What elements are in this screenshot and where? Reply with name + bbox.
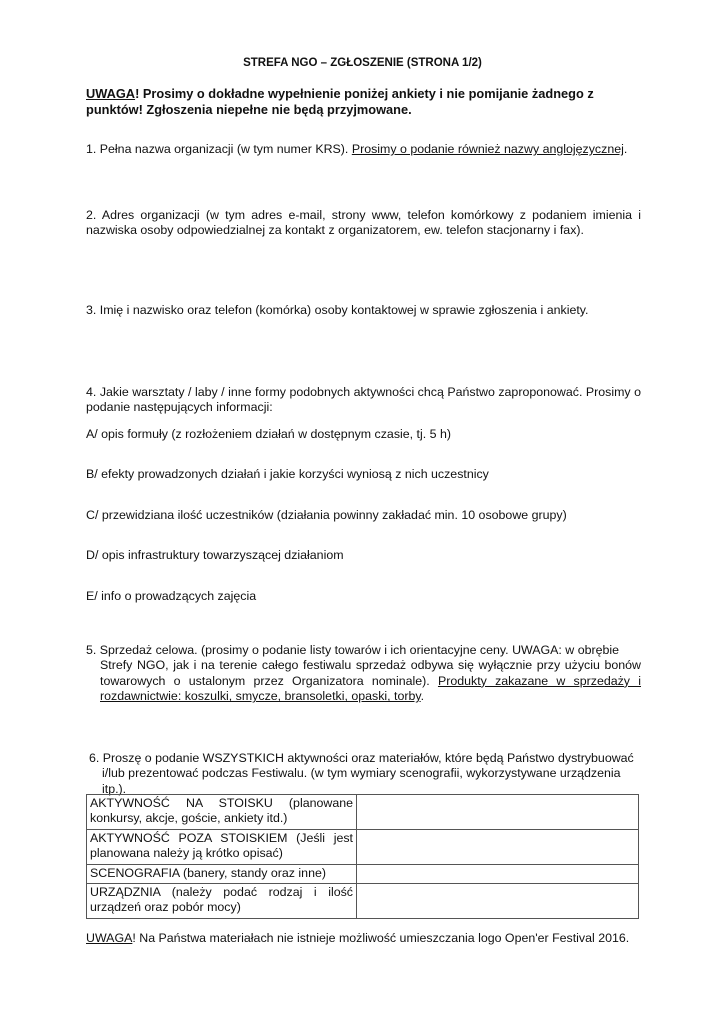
question-4-item-d: D/ opis infrastruktury towarzyszącej dzi… (86, 548, 641, 563)
question-1-end: . (624, 142, 627, 156)
question-6: 6. Proszę o podanie WSZYSTKICH aktywnośc… (89, 751, 641, 797)
activity-table: AKTYWNOŚĆ NA STOISKU (planowane konkursy… (86, 794, 639, 919)
table-row: AKTYWNOŚĆ POZA STOISKIEM (Jeśli jest pla… (87, 829, 639, 864)
question-1-text: 1. Pełna nazwa organizacji (w tym numer … (86, 142, 352, 156)
row-value-field[interactable] (357, 795, 639, 830)
warning-notice: UWAGA! Prosimy o dokładne wypełnienie po… (86, 86, 646, 117)
question-4-item-e: E/ info o prowadzących zajęcia (86, 589, 641, 604)
question-5-end: . (421, 689, 424, 703)
question-2: 2. Adres organizacji (w tym adres e-mail… (86, 208, 641, 239)
row-label: AKTYWNOŚĆ POZA STOISKIEM (Jeśli jest pla… (87, 829, 357, 864)
question-4-item-b: B/ efekty prowadzonych działań i jakie k… (86, 467, 641, 482)
question-6-rest: i/lub prezentować podczas Festiwalu. (w … (89, 766, 641, 797)
row-value-field[interactable] (357, 884, 639, 919)
question-6-first-line: 6. Proszę o podanie WSZYSTKICH aktywnośc… (89, 751, 634, 765)
question-1: 1. Pełna nazwa organizacji (w tym numer … (86, 142, 641, 157)
footer-label: UWAGA (86, 931, 132, 945)
question-1-note: Prosimy o podanie również nazwy anglojęz… (352, 142, 624, 156)
row-label: URZĄDZNIA (należy podać rodzaj i ilość u… (87, 884, 357, 919)
page-title: STREFA NGO – ZGŁOSZENIE (STRONA 1/2) (0, 57, 725, 69)
question-4-item-c: C/ przewidziana ilość uczestników (dział… (86, 508, 641, 523)
question-5-first-line: 5. Sprzedaż celowa. (prosimy o podanie l… (86, 643, 619, 657)
warning-text: ! Prosimy o dokładne wypełnienie poniżej… (86, 86, 594, 117)
footer-notice: UWAGA! Na Państwa materiałach nie istnie… (86, 931, 646, 945)
warning-label: UWAGA (86, 86, 135, 101)
question-4: 4. Jakie warsztaty / laby / inne formy p… (86, 385, 641, 416)
table-row: SCENOGRAFIA (banery, standy oraz inne) (87, 864, 639, 883)
row-label: AKTYWNOŚĆ NA STOISKU (planowane konkursy… (87, 795, 357, 830)
table-row: URZĄDZNIA (należy podać rodzaj i ilość u… (87, 884, 639, 919)
question-3: 3. Imię i nazwisko oraz telefon (komórka… (86, 303, 641, 318)
row-label: SCENOGRAFIA (banery, standy oraz inne) (87, 864, 357, 883)
question-5: 5. Sprzedaż celowa. (prosimy o podanie l… (86, 643, 641, 705)
question-4-item-a: A/ opis formuły (z rozłożeniem działań w… (86, 427, 641, 442)
question-5-rest: Strefy NGO, jak i na terenie całego fest… (86, 658, 641, 704)
footer-text: ! Na Państwa materiałach nie istnieje mo… (132, 931, 629, 945)
table-row: AKTYWNOŚĆ NA STOISKU (planowane konkursy… (87, 795, 639, 830)
row-value-field[interactable] (357, 829, 639, 864)
row-value-field[interactable] (357, 864, 639, 883)
